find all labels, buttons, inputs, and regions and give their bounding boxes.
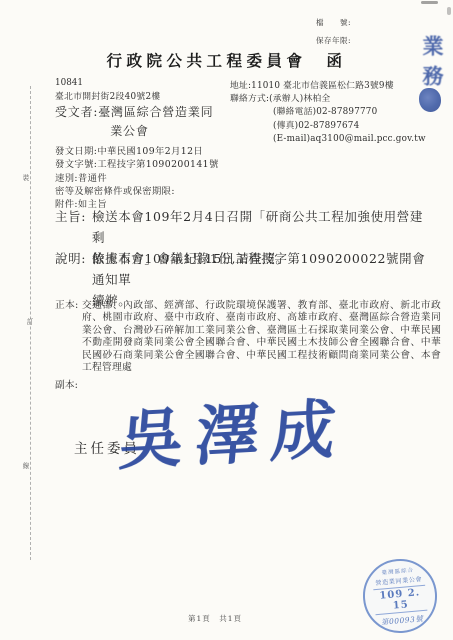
receipt-stamp-number: 第00093號 (381, 613, 424, 628)
explanation-label: 說明: (55, 248, 86, 269)
signature: 吳澤成 (116, 378, 352, 482)
binding-mark-top: 裝 (20, 173, 31, 183)
file-number-label: 檔 號: (316, 14, 351, 32)
issue-number: 發文字號:工程技字第1090200141號 (55, 158, 219, 171)
receipt-stamp-date: 109 2. 15 (373, 584, 427, 614)
original-recipients-section: 正本: 交通部、內政部、經濟部、行政院環境保護署、教育部、臺北市政府、新北市政府… (55, 300, 441, 374)
recipient-row: 受文者: 臺灣區綜合營造業同 業公會 (55, 103, 213, 141)
page-footer: 第1頁 共1頁 (150, 613, 280, 624)
recipient-name: 臺灣區綜合營造業同 業公會 (98, 103, 213, 141)
document-title: 行政院公共工程委員會 函 (0, 49, 453, 71)
sender-info: 地址:11010 臺北市信義區松仁路3號9樓 聯絡方式:(承辦人)林柏全 (聯絡… (230, 80, 426, 146)
scan-artifact (447, 7, 451, 15)
sender-contact: 聯絡方式:(承辦人)林柏全 (230, 93, 426, 106)
archive-labels: 檔 號: 保存年限: (316, 14, 351, 50)
sender-address: 地址:11010 臺北市信義區松仁路3號9樓 (230, 80, 426, 93)
security-class: 密等及解密條件或保密期限: (55, 185, 219, 198)
subject-label: 主旨: (55, 206, 86, 227)
retention-period-label: 保存年限: (316, 32, 351, 50)
receipt-stamp: 臺灣區綜合 營造業同業公會 109 2. 15 第00093號 (360, 556, 440, 636)
sender-phone: (聯絡電話)02-87897770 (230, 106, 426, 119)
explanation-line1: 依據本會109年1月15日工程技字第1090200022號開會通知單 (55, 248, 427, 290)
recipient-name-line1: 臺灣區綜合營造業同 (98, 103, 213, 122)
sender-email: (E-mail)aq3100@mail.pcc.gov.tw (230, 133, 426, 146)
recipient-address: 臺北市開封街2段40號2樓 (55, 89, 160, 102)
binding-mark-middle: 訂 (24, 317, 35, 327)
document-meta: 發文日期:中華民國109年2月12日 發文字號:工程技字第1090200141號… (55, 145, 219, 211)
speed-class: 速別:普通件 (55, 172, 219, 185)
issue-date: 發文日期:中華民國109年2月12日 (55, 145, 219, 158)
subject-line1: 檢送本會109年2月4日召開「研商公共工程加強使用營建剩 (55, 206, 427, 248)
sender-fax: (傳真)02-87897674 (230, 120, 426, 133)
recipient-zip: 10841 (55, 78, 83, 88)
cc-label: 副本: (55, 377, 78, 391)
recipient-name-line2: 業公會 (98, 122, 213, 141)
binding-mark-bottom: 線 (20, 461, 31, 471)
document-page: 裝 訂 線 檔 號: 保存年限: 行政院公共工程委員會 函 業務 10841 臺… (0, 0, 453, 640)
recipient-label: 受文者: (55, 103, 98, 141)
original-recipients-label: 正本: (55, 300, 79, 312)
scan-artifact (421, 1, 438, 4)
original-recipients-list: 交通部、內政部、經濟部、行政院環境保護署、教育部、臺北市政府、新北市政府、桃園市… (55, 300, 441, 374)
